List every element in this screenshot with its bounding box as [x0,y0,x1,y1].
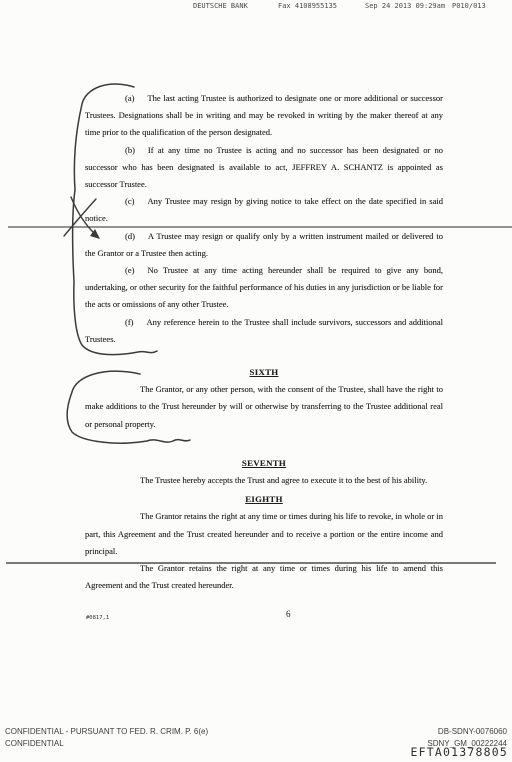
section-heading-seventh: SEVENTH [85,455,443,472]
clause-f-text: Any reference herein to the Trustee shal… [85,317,443,344]
confidential-line-1: CONFIDENTIAL - PURSUANT TO FED. R. CRIM.… [5,726,208,738]
clause-d-text: A Trustee may resign or qualify only by … [85,231,443,258]
section-heading-eighth: EIGHTH [85,491,443,508]
clause-d-label: (d) [125,231,135,241]
section-eighth-paragraph-1: The Grantor retains the right at any tim… [85,508,443,560]
confidential-line-2: CONFIDENTIAL [5,738,208,750]
clause-c-text: Any Trustee may resign by giving notice … [85,196,443,223]
document-number: #0817,1 [86,615,109,621]
fax-page-indicator: P010/013 [452,2,486,10]
clause-e: (e)No Trustee at any time acting hereund… [85,262,443,314]
bates-line-1: DB-SDNY-0076060 [427,726,507,738]
fax-sender: DEUTSCHE BANK [193,2,248,10]
clause-a-text: The last acting Trustee is authorized to… [85,93,443,137]
page-number: 6 [286,609,291,619]
clause-f-label: (f) [125,317,134,327]
section-heading-sixth: SIXTH [85,364,443,381]
clause-b-label: (b) [125,145,135,155]
document-body: (a)The last acting Trustee is authorized… [85,90,443,594]
clause-b-text: If at any time no Trustee is acting and … [85,145,443,189]
fax-header: DEUTSCHE BANK Fax 4108955135 Sep 24 2013… [0,2,512,14]
clause-a: (a)The last acting Trustee is authorized… [85,90,443,142]
fax-number: Fax 4108955135 [278,2,337,10]
clause-e-label: (e) [125,265,134,275]
section-eighth-paragraph-2: The Grantor retains the right at any tim… [85,560,443,594]
scanned-document-page: DEUTSCHE BANK Fax 4108955135 Sep 24 2013… [0,0,512,762]
efta-bates-stamp: EFTA01378805 [411,745,508,759]
fax-timestamp: Sep 24 2013 09:29am [365,2,445,10]
clause-b: (b)If at any time no Trustee is acting a… [85,142,443,194]
clause-d: (d)A Trustee may resign or qualify only … [85,228,443,262]
section-sixth-paragraph: The Grantor, or any other person, with t… [85,381,443,433]
section-seventh-paragraph: The Trustee hereby accepts the Trust and… [85,472,443,489]
clause-c-label: (c) [125,196,134,206]
confidential-stamp: CONFIDENTIAL - PURSUANT TO FED. R. CRIM.… [5,726,208,750]
clause-a-label: (a) [125,93,134,103]
clause-c: (c)Any Trustee may resign by giving noti… [85,193,443,227]
clause-f: (f)Any reference herein to the Trustee s… [85,314,443,348]
clause-e-text: No Trustee at any time acting hereunder … [85,265,443,309]
